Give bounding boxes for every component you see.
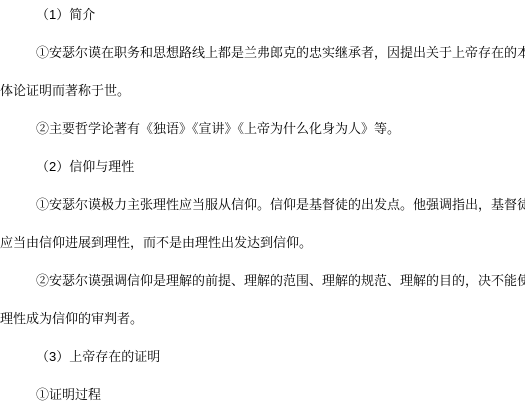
document-body: （1）简介①安瑟尔谟在职务和思想路线上都是兰弗郎克的忠实继承者，因提出关于上帝存… — [0, 0, 525, 404]
text-line: ①证明过程 — [0, 376, 525, 404]
text-line: ②主要哲学论著有《独语》《宣讲》《上帝为什么化身为人》等。 — [0, 110, 525, 148]
text-line: ②安瑟尔谟强调信仰是理解的前提、理解的范围、理解的规范、理解的目的，决不能使 — [0, 262, 525, 300]
text-line: ①安瑟尔谟在职务和思想路线上都是兰弗郎克的忠实继承者，因提出关于上帝存在的本 — [0, 34, 525, 72]
text-line: 体论证明而著称于世。 — [0, 72, 525, 110]
text-line: 理性成为信仰的审判者。 — [0, 300, 525, 338]
text-line: ①安瑟尔谟极力主张理性应当服从信仰。信仰是基督徒的出发点。他强调指出，基督徒 — [0, 186, 525, 224]
text-line: 应当由信仰进展到理性，而不是由理性出发达到信仰。 — [0, 224, 525, 262]
text-line: （1）简介 — [0, 0, 525, 34]
document-page: （1）简介①安瑟尔谟在职务和思想路线上都是兰弗郎克的忠实继承者，因提出关于上帝存… — [0, 0, 525, 404]
text-line: （2）信仰与理性 — [0, 148, 525, 186]
text-line: （3）上帝存在的证明 — [0, 338, 525, 376]
